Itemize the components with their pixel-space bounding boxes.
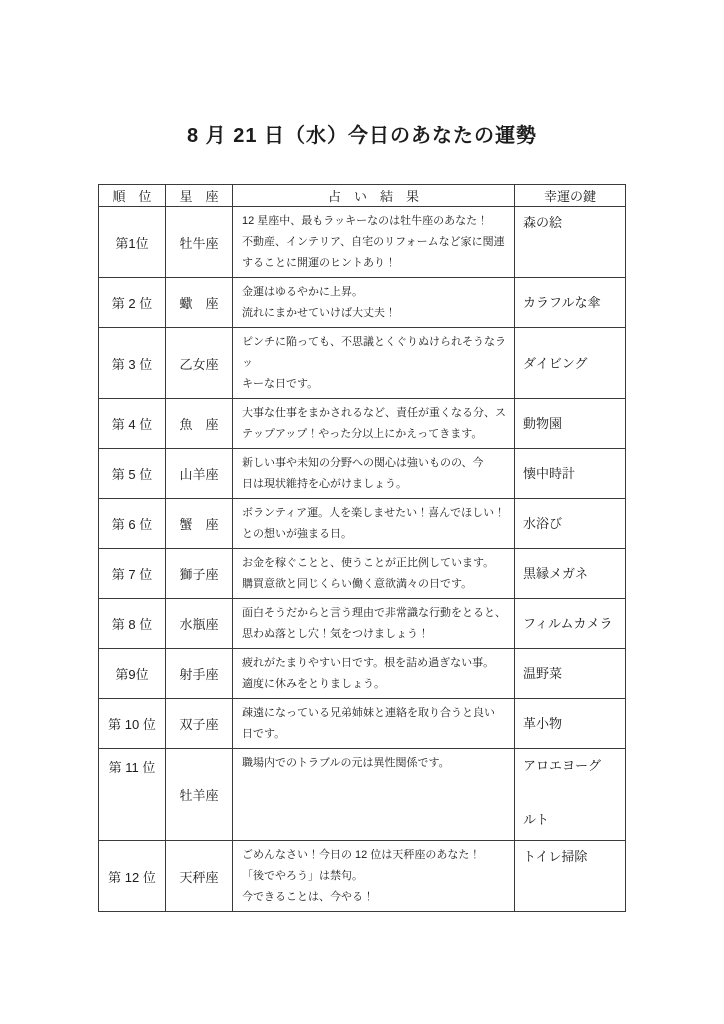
lucky-key-cell: ダイビング — [515, 328, 626, 399]
zodiac-cell: 牡牛座 — [166, 207, 233, 278]
table-row: 第 7 位 獅子座 お金を稼ぐことと、使うことが正比例しています。 購買意欲と同… — [99, 549, 626, 599]
lucky-key-cell: カラフルな傘 — [515, 278, 626, 328]
rank-cell: 第 2 位 — [99, 278, 166, 328]
header-rank: 順 位 — [99, 185, 166, 207]
zodiac-cell: 蠍 座 — [166, 278, 233, 328]
lucky-key-cell: 水浴び — [515, 499, 626, 549]
fortune-cell: お金を稼ぐことと、使うことが正比例しています。 購買意欲と同じくらい働く意欲満々… — [233, 549, 515, 599]
fortune-cell: 疲れがたまりやすい日です。根を詰め過ぎない事。 適度に休みをとりましょう。 — [233, 649, 515, 699]
fortune-cell: 疎遠になっている兄弟姉妹と連絡を取り合うと良い 日です。 — [233, 699, 515, 749]
fortune-cell: ごめんなさい！今日の 12 位は天秤座のあなた！ 「後でやろう」は禁句。 今でき… — [233, 841, 515, 912]
page-title: 8 月 21 日（水）今日のあなたの運勢 — [0, 0, 724, 148]
zodiac-cell: 牡羊座 — [166, 749, 233, 841]
fortune-cell: 12 星座中、最もラッキーなのは牡牛座のあなた！ 不動産、インテリア、自宅のリフ… — [233, 207, 515, 278]
lucky-key-cell: アロエヨーグ ルト — [515, 749, 626, 841]
zodiac-cell: 蟹 座 — [166, 499, 233, 549]
lucky-key-cell: 懐中時計 — [515, 449, 626, 499]
zodiac-cell: 山羊座 — [166, 449, 233, 499]
fortune-cell: 金運はゆるやかに上昇。 流れにまかせていけば大丈夫！ — [233, 278, 515, 328]
table-row: 第9位 射手座 疲れがたまりやすい日です。根を詰め過ぎない事。 適度に休みをとり… — [99, 649, 626, 699]
header-zodiac: 星 座 — [166, 185, 233, 207]
rank-cell: 第 5 位 — [99, 449, 166, 499]
zodiac-cell: 水瓶座 — [166, 599, 233, 649]
table-row: 第1位 牡牛座 12 星座中、最もラッキーなのは牡牛座のあなた！ 不動産、インテ… — [99, 207, 626, 278]
rank-cell: 第 11 位 — [99, 749, 166, 841]
lucky-key-cell: 温野菜 — [515, 649, 626, 699]
header-lucky-key: 幸運の鍵 — [515, 185, 626, 207]
table-header-row: 順 位 星 座 占 い 結 果 幸運の鍵 — [99, 185, 626, 207]
fortune-cell: ピンチに陥っても、不思議とくぐりぬけられそうなラッ キーな日です。 — [233, 328, 515, 399]
fortune-cell: ボランティア運。人を楽しませたい！喜んでほしい！ との想いが強まる日。 — [233, 499, 515, 549]
zodiac-cell: 獅子座 — [166, 549, 233, 599]
zodiac-cell: 魚 座 — [166, 399, 233, 449]
table-row: 第 3 位 乙女座 ピンチに陥っても、不思議とくぐりぬけられそうなラッ キーな日… — [99, 328, 626, 399]
rank-cell: 第 7 位 — [99, 549, 166, 599]
table-row: 第 5 位 山羊座 新しい事や未知の分野への関心は強いものの、今 日は現状維持を… — [99, 449, 626, 499]
zodiac-cell: 双子座 — [166, 699, 233, 749]
lucky-key-cell: 森の絵 — [515, 207, 626, 278]
lucky-key-cell: 革小物 — [515, 699, 626, 749]
rank-cell: 第 3 位 — [99, 328, 166, 399]
fortune-cell: 面白そうだからと言う理由で非常識な行動をとると、 思わぬ落とし穴！気をつけましょ… — [233, 599, 515, 649]
zodiac-cell: 天秤座 — [166, 841, 233, 912]
table-row: 第 8 位 水瓶座 面白そうだからと言う理由で非常識な行動をとると、 思わぬ落と… — [99, 599, 626, 649]
fortune-cell: 新しい事や未知の分野への関心は強いものの、今 日は現状維持を心がけましょう。 — [233, 449, 515, 499]
rank-cell: 第1位 — [99, 207, 166, 278]
table-row: 第 10 位 双子座 疎遠になっている兄弟姉妹と連絡を取り合うと良い 日です。 … — [99, 699, 626, 749]
rank-cell: 第 8 位 — [99, 599, 166, 649]
table-row: 第 11 位 牡羊座 職場内でのトラブルの元は異性関係です。 アロエヨーグ ルト — [99, 749, 626, 841]
table-row: 第 6 位 蟹 座 ボランティア運。人を楽しませたい！喜んでほしい！ との想いが… — [99, 499, 626, 549]
lucky-key-cell: フィルムカメラ — [515, 599, 626, 649]
rank-cell: 第 10 位 — [99, 699, 166, 749]
header-result: 占 い 結 果 — [233, 185, 515, 207]
zodiac-cell: 射手座 — [166, 649, 233, 699]
fortune-cell: 職場内でのトラブルの元は異性関係です。 — [233, 749, 515, 841]
rank-cell: 第 6 位 — [99, 499, 166, 549]
table-row: 第 12 位 天秤座 ごめんなさい！今日の 12 位は天秤座のあなた！ 「後でや… — [99, 841, 626, 912]
fortune-table: 順 位 星 座 占 い 結 果 幸運の鍵 第1位 牡牛座 12 星座中、最もラッ… — [98, 184, 626, 912]
zodiac-cell: 乙女座 — [166, 328, 233, 399]
fortune-cell: 大事な仕事をまかされるなど、責任が重くなる分、ス テップアップ！やった分以上にか… — [233, 399, 515, 449]
table-row: 第 4 位 魚 座 大事な仕事をまかされるなど、責任が重くなる分、ス テップアッ… — [99, 399, 626, 449]
rank-cell: 第 12 位 — [99, 841, 166, 912]
rank-cell: 第9位 — [99, 649, 166, 699]
lucky-key-cell: トイレ掃除 — [515, 841, 626, 912]
lucky-key-cell: 黒縁メガネ — [515, 549, 626, 599]
document-page: 8 月 21 日（水）今日のあなたの運勢 順 位 星 座 占 い 結 果 幸運の… — [0, 0, 724, 1024]
lucky-key-cell: 動物園 — [515, 399, 626, 449]
rank-cell: 第 4 位 — [99, 399, 166, 449]
table-row: 第 2 位 蠍 座 金運はゆるやかに上昇。 流れにまかせていけば大丈夫！ カラフ… — [99, 278, 626, 328]
